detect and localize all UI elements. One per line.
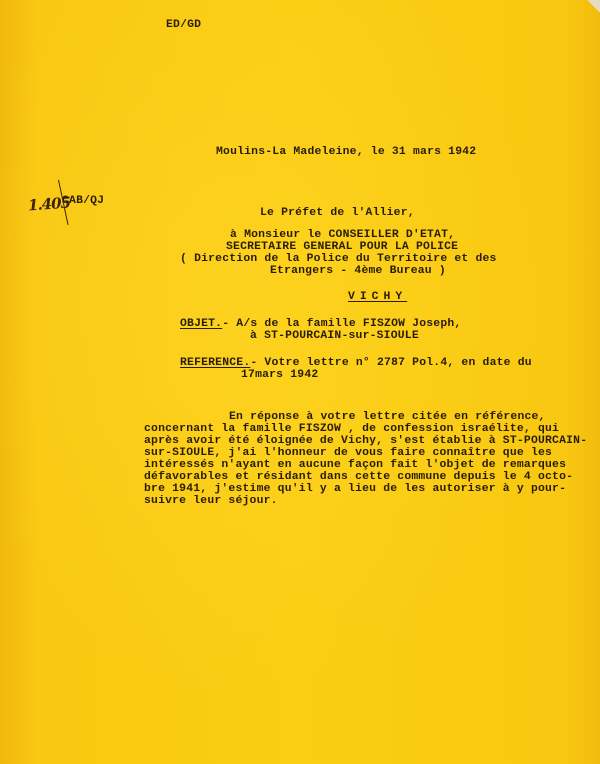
body-paragraph-line: En réponse à votre lettre citée en référ… [229,411,546,423]
subject-line-continued: à ST-POURCAIN-sur-SIOULE [250,330,419,342]
body-paragraph-line: après avoir été éloignée de Vichy, s'est… [144,435,587,447]
reference-line-continued: 17mars 1942 [241,369,318,381]
recipient-city: VICHY [348,291,407,303]
body-paragraph-line: sur-SIOULE, j'ai l'honneur de vous faire… [144,447,552,459]
page-corner [586,0,600,14]
reference-line: REFERENCE.- Votre lettre n° 2787 Pol.4, … [180,357,532,369]
reference-label: REFERENCE. [180,357,250,369]
body-paragraph-line: suivre leur séjour. [144,495,278,507]
subject-label: OBJET. [180,318,222,330]
body-paragraph-line: concernant la famille FISZOW , de confes… [144,423,559,435]
recipient-line: à Monsieur le CONSEILLER D'ETAT, [230,229,455,241]
recipient-line: ( Direction de la Police du Territoire e… [180,253,497,265]
subject-text: - A/s de la famille FISZOW Joseph, [222,318,461,330]
typist-initials: ED/GD [166,19,201,31]
reference-text: - Votre lettre n° 2787 Pol.4, en date du [250,357,531,369]
body-paragraph-line: défavorables et résidant dans cette comm… [144,471,573,483]
body-paragraph-line: bre 1941, j'estime qu'il y a lieu de les… [144,483,566,495]
subject-line: OBJET.- A/s de la famille FISZOW Joseph, [180,318,461,330]
recipient-line: SECRETAIRE GENERAL POUR LA POLICE [226,241,458,253]
body-paragraph-line: intéressés n'ayant en aucune façon fait … [144,459,566,471]
recipient-line: Etrangers - 4ème Bureau ) [270,265,446,277]
sender-title: Le Préfet de l'Allier, [260,207,415,219]
office-reference-code: CAB/QJ [62,195,104,207]
document-page: ED/GD Moulins-La Madeleine, le 31 mars 1… [0,0,600,764]
place-and-date: Moulins-La Madeleine, le 31 mars 1942 [216,146,476,158]
